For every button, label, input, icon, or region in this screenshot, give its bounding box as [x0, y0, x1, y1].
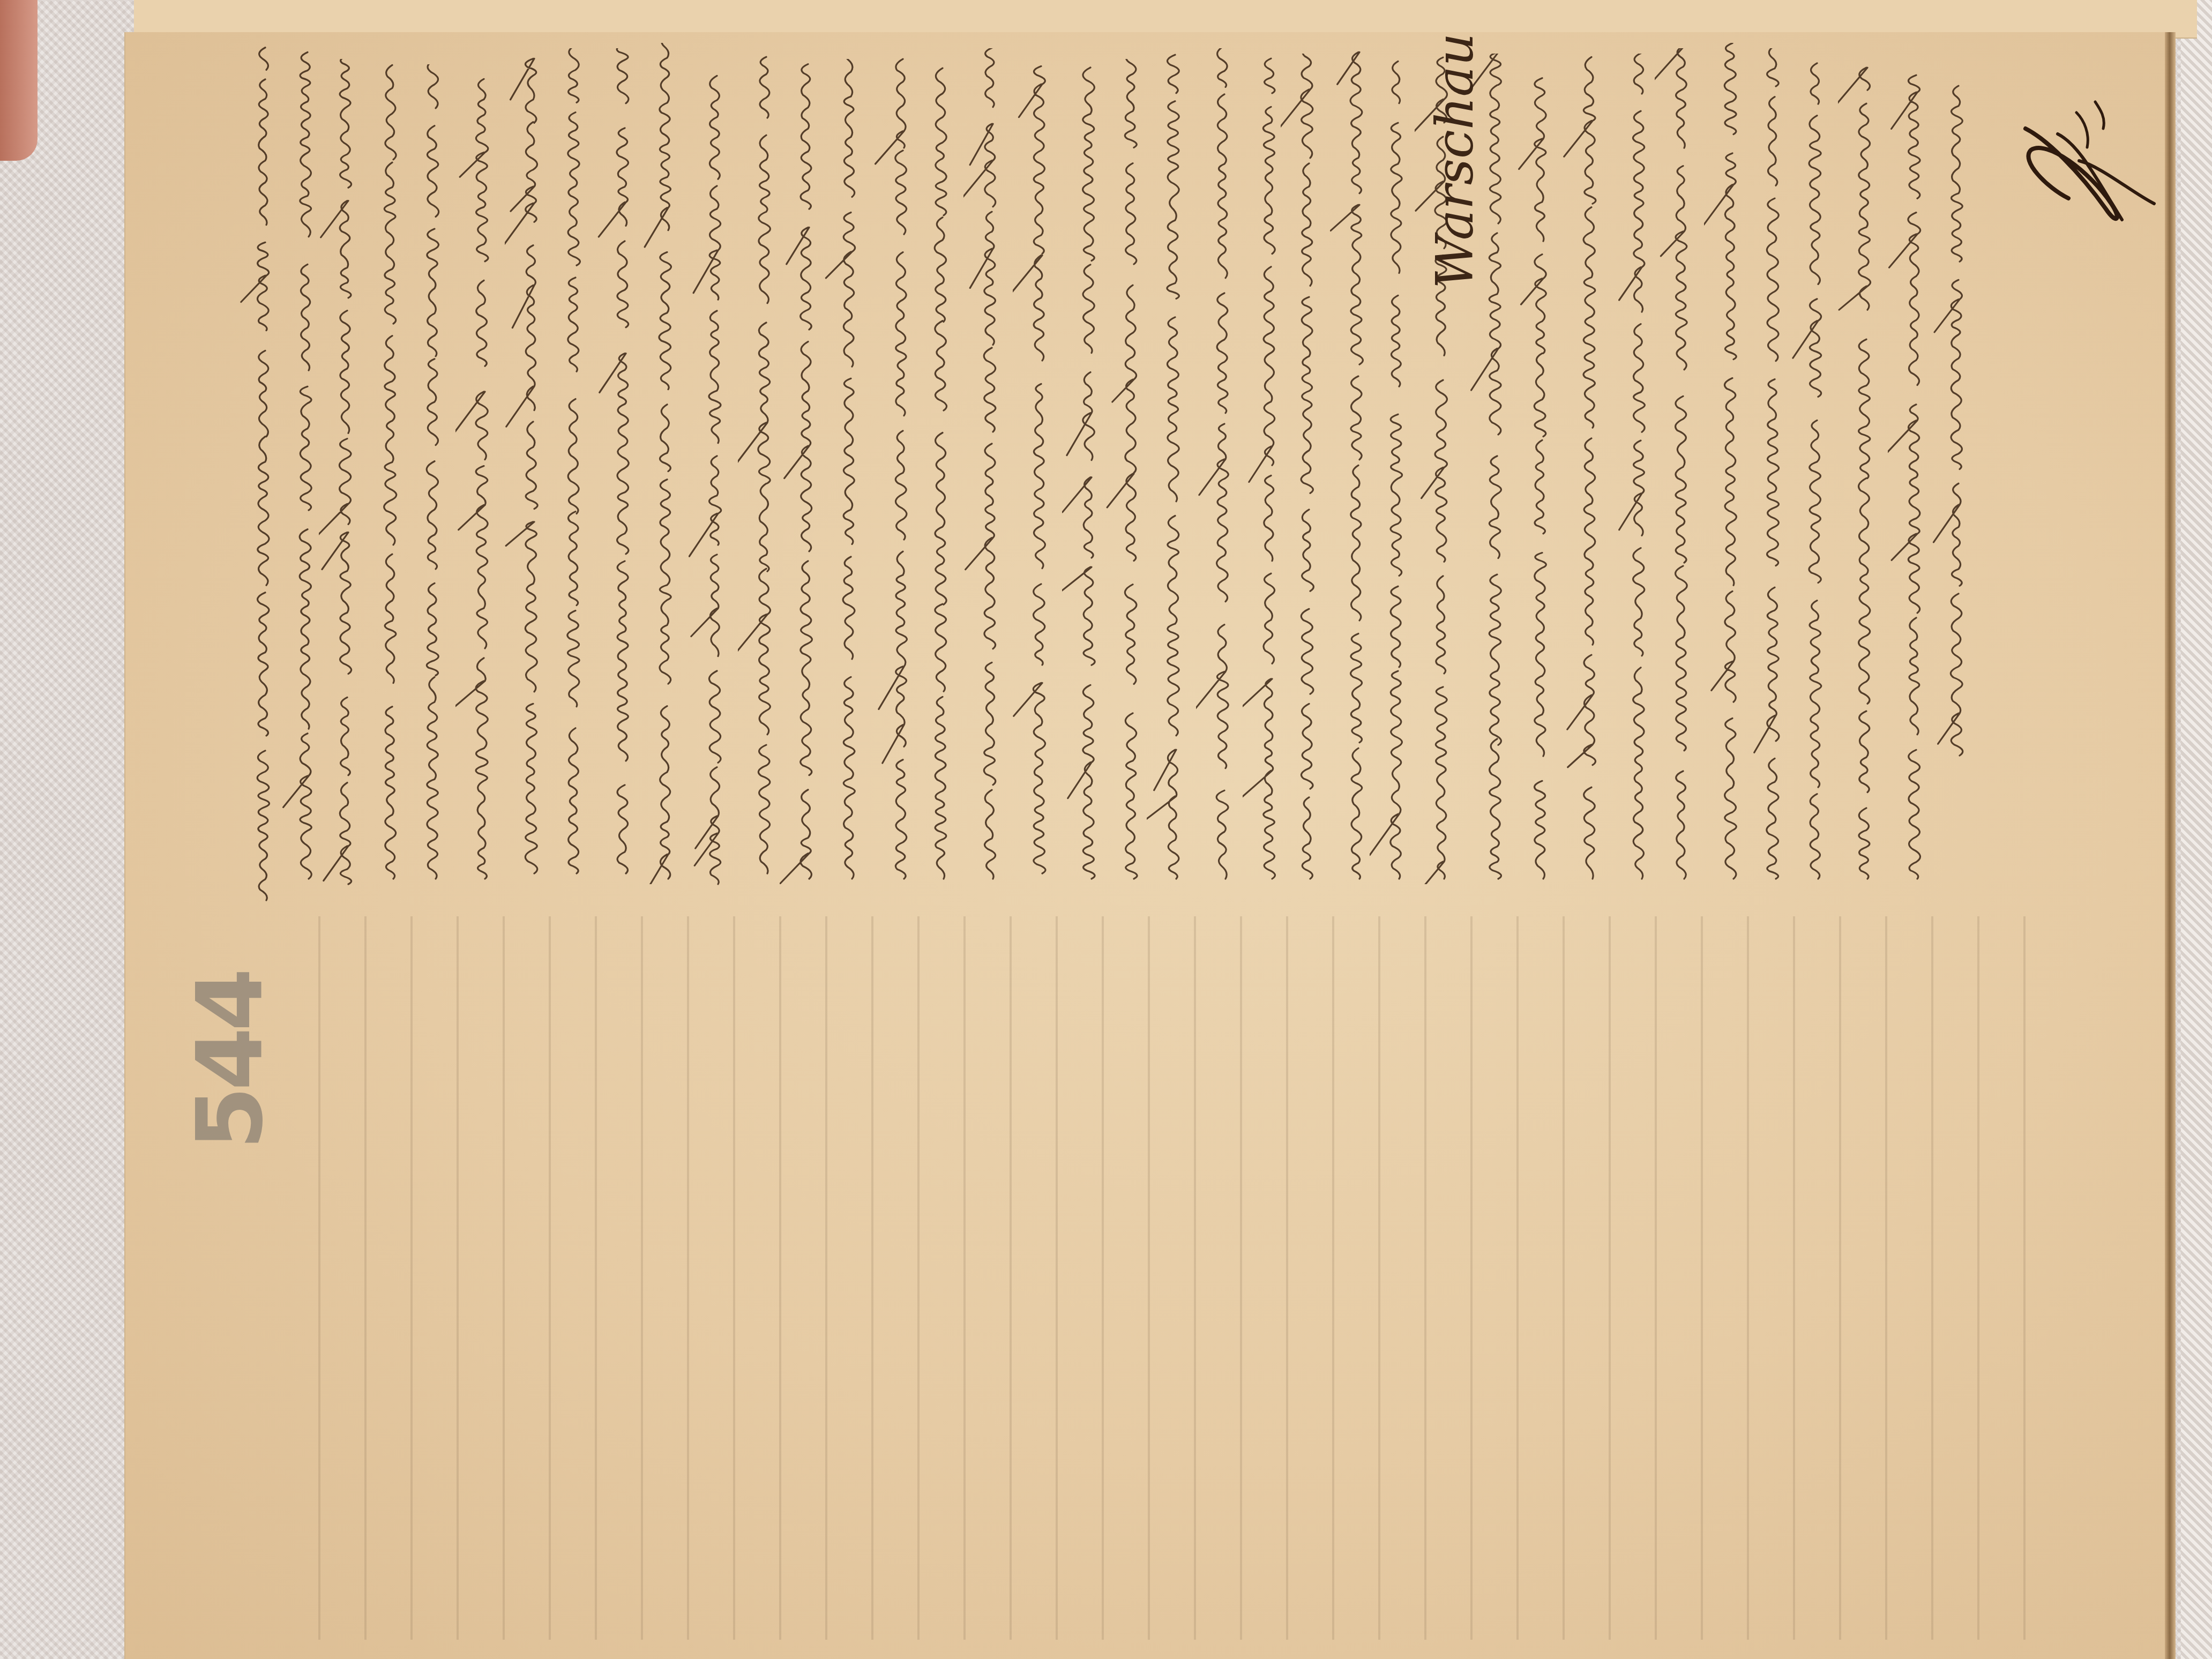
handwriting-line [596, 48, 645, 879]
handwriting-line [963, 48, 1012, 884]
handwriting-line [1655, 48, 1703, 884]
handwriting-line [1704, 43, 1752, 884]
handwriting-line [1104, 59, 1153, 884]
handwriting-line [914, 59, 962, 884]
handwriting-line [237, 38, 285, 906]
handwriting-line [1370, 54, 1418, 884]
handwriting-line [1281, 54, 1329, 884]
finger [0, 0, 38, 161]
handwriting-line [1746, 48, 1795, 884]
handwriting-line [1563, 48, 1611, 884]
handwriting-line [364, 59, 412, 884]
handwriting-line [1888, 54, 1936, 884]
handwriting-line [1013, 54, 1061, 879]
handwriting-line [1612, 54, 1661, 884]
handwriting-line [1930, 70, 1978, 761]
handwriting-line [406, 64, 454, 884]
background-cloth-right [2181, 0, 2212, 1659]
page-gutter [2165, 32, 2176, 1659]
handwriting-line [1196, 48, 1244, 884]
handwriting-line [1062, 54, 1110, 884]
handwriting-line [1514, 54, 1562, 884]
handwriting-line [1147, 54, 1195, 884]
pencil-folio-number: 544 [150, 1007, 311, 1115]
handwriting-line [547, 48, 595, 879]
handwriting-line [823, 59, 871, 884]
legible-word-warschau: Warschau [1423, 75, 1487, 246]
handwriting-line [639, 43, 687, 884]
handwriting-line [780, 54, 828, 884]
handwriting-line [1838, 59, 1886, 884]
ink-bleed-through [286, 916, 2054, 1640]
handwriting-line [319, 59, 367, 890]
handwriting-line [738, 48, 786, 879]
handwriting-line [505, 48, 553, 879]
handwriting-line [455, 70, 504, 884]
signature [2015, 96, 2165, 268]
handwriting-line [689, 54, 737, 890]
handwriting-line [1789, 54, 1837, 884]
